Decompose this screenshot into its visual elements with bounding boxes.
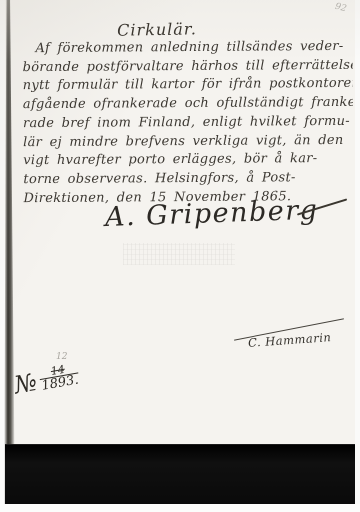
body-line: rade bref inom Finland, enligt hvilket f… xyxy=(23,113,353,134)
body-line: lär ej mindre brefvens verkliga vigt, än… xyxy=(23,131,353,152)
black-scan-bar xyxy=(5,444,355,505)
photo-margin-left xyxy=(0,0,5,512)
photo-margin-right xyxy=(355,0,360,512)
number-fraction: 14 1893. xyxy=(38,362,81,394)
scanned-document-page: 92 Cirkulär. Af förekommen anledning til… xyxy=(0,0,360,512)
body-line: torne observeras. Helsingfors, å Post- xyxy=(23,169,353,190)
document-title: Cirkulär. xyxy=(92,19,222,40)
book-binding-shadow xyxy=(4,0,15,512)
emboss-artifact xyxy=(123,243,235,265)
photo-margin-bottom xyxy=(0,504,360,512)
numero-sign: № xyxy=(12,368,40,400)
body-line: afgående ofrankerade och ofullständigt f… xyxy=(23,94,353,115)
page-number: 92 xyxy=(334,2,348,14)
signature-secondary: C. Hammarin xyxy=(248,330,332,350)
body-line: vigt hvarefter porto erlägges, bör å kar… xyxy=(23,150,353,171)
pencil-note: 12 xyxy=(56,352,67,362)
body-line: Af förekommen anledning tillsändes veder… xyxy=(22,38,352,59)
handwritten-body: Af förekommen anledning tillsändes veder… xyxy=(22,38,353,209)
body-line: nytt formulär till kartor för ifrån post… xyxy=(23,75,353,96)
body-line: börande postförvaltare härhos till efter… xyxy=(23,57,353,78)
registration-margin-note: 12 № 14 1893. xyxy=(10,352,105,432)
ink-number-note: № 14 1893. xyxy=(12,361,81,400)
